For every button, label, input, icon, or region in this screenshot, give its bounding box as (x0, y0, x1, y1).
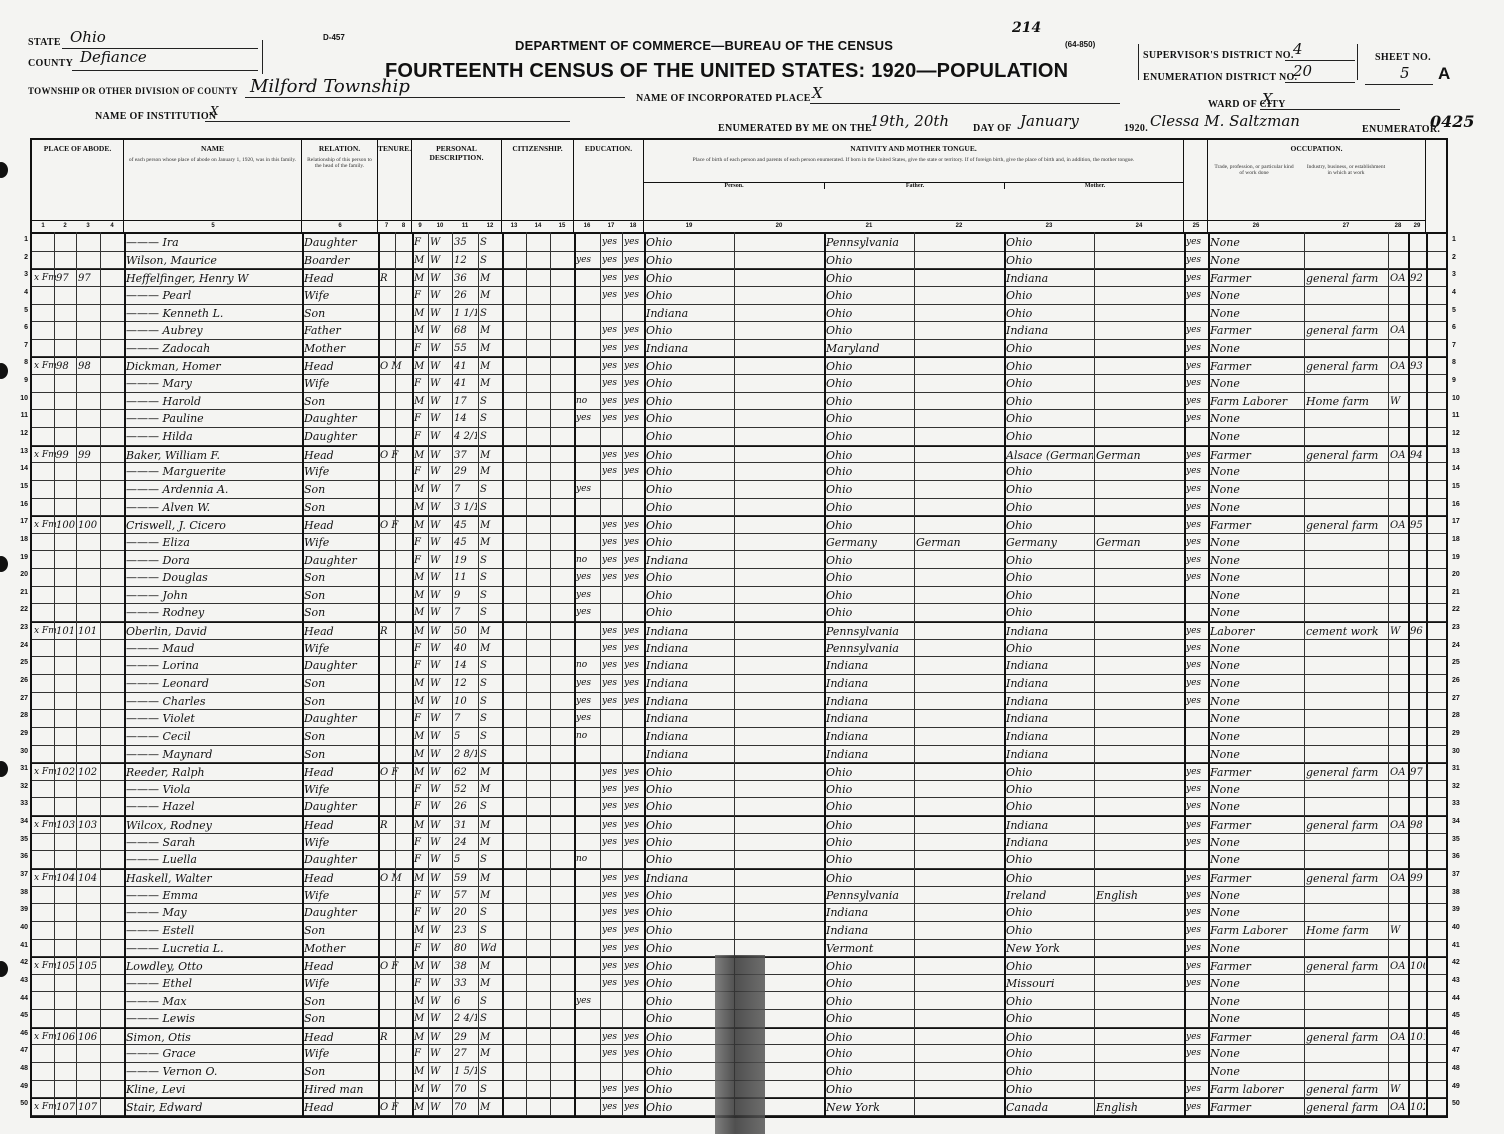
column-number: 15 (550, 220, 574, 232)
cell-birth: Ohio (646, 587, 733, 604)
cell-sex: M (414, 1010, 427, 1027)
cell-trade: None (1210, 587, 1303, 604)
cell-school: yes (576, 569, 599, 586)
cell-emp: OA (1390, 1099, 1407, 1115)
cell-relation: Head (304, 517, 377, 533)
enumerator-label: Enumerator. (1362, 124, 1440, 135)
cell-birth: Ohio (646, 534, 733, 551)
cell-age: 70 (454, 1081, 477, 1098)
table-row: 103103Wilcox, RodneyHeadRMW31MyesyesOhio… (32, 816, 1446, 834)
cell-marital: S (480, 922, 501, 939)
line-number-right: 43 (1452, 977, 1460, 984)
cell-mother-birth: Ohio (1006, 552, 1093, 569)
cell-sex: M (414, 623, 427, 639)
line-number-left: 10 (14, 395, 28, 402)
table-row: ——— CecilSonMW5SnoIndianaIndianaIndianaN… (32, 728, 1446, 746)
cell-birth: Indiana (646, 693, 733, 710)
cell-age: 62 (454, 764, 477, 780)
line-number-right: 4 (1452, 289, 1456, 296)
cell-read: yes (602, 447, 621, 463)
line-number-right: 35 (1452, 836, 1460, 843)
table-row: ——— MargueriteWifeFW29MyesyesOhioOhioOhi… (32, 463, 1446, 481)
table-row: ——— EmmaWifeFW57MyesyesOhioPennsylvaniaI… (32, 887, 1446, 905)
column-divider (412, 232, 414, 1116)
header-tenure: Tenure. (378, 140, 412, 232)
cell-father-birth: Ohio (826, 552, 913, 569)
cell-school: yes (576, 410, 599, 427)
cell-race: W (430, 728, 451, 745)
line-number-right: 9 (1452, 377, 1456, 384)
cell-birth: Indiana (646, 305, 733, 322)
cell-marital: S (480, 675, 501, 692)
cell-race: W (430, 887, 451, 904)
cell-race: W (430, 534, 451, 551)
line-number-left: 50 (14, 1100, 28, 1107)
cell-sex: M (414, 746, 427, 763)
cell-trade: None (1210, 463, 1303, 480)
cell-read: yes (602, 534, 621, 551)
cell-father-birth: Ohio (826, 798, 913, 815)
cell-name: ——— Pauline (126, 410, 301, 427)
cell-read: yes (602, 552, 621, 569)
cell-birth: Ohio (646, 447, 733, 463)
cell-write: yes (624, 904, 643, 921)
cell-mother-birth: Ohio (1006, 428, 1093, 445)
column-divider (1304, 232, 1305, 1116)
cell-english: yes (1186, 675, 1207, 692)
line-number-right: 1 (1452, 236, 1456, 243)
column-number: 14 (526, 220, 550, 232)
cell-write: yes (624, 764, 643, 780)
cell-race: W (430, 428, 451, 445)
cell-name: ——— Aubrey (126, 322, 301, 339)
cell-write: yes (624, 358, 643, 374)
column-divider (302, 232, 304, 1116)
line-number-right: 45 (1452, 1012, 1460, 1019)
column-divider (914, 232, 915, 1116)
cell-age: 20 (454, 904, 477, 921)
cell-race: W (430, 358, 451, 374)
cell-industry: general farm (1306, 447, 1387, 463)
cell-read: yes (602, 340, 621, 357)
cell-write: yes (624, 322, 643, 339)
line-number-right: 50 (1452, 1100, 1460, 1107)
table-row: ——— VioletDaughterFW7SyesIndianaIndianaI… (32, 710, 1446, 728)
line-number-right: 17 (1452, 518, 1460, 525)
column-number: 18 (622, 220, 644, 232)
cell-mother-birth: Indiana (1006, 675, 1093, 692)
cell-write: yes (624, 1045, 643, 1062)
line-number-left: 46 (14, 1030, 28, 1037)
cell-race: W (430, 834, 451, 851)
cell-relation: Son (304, 393, 377, 410)
cell-race: W (430, 1063, 451, 1080)
cell-school: yes (576, 710, 599, 727)
cell-emp: W (1390, 393, 1407, 410)
line-number-right: 19 (1452, 554, 1460, 561)
form-code-right: (64-850) (1065, 40, 1095, 49)
cell-mother-birth: Ohio (1006, 958, 1093, 974)
header-card-number (1426, 140, 1446, 232)
cell-mother-birth: Ireland (1006, 887, 1093, 904)
cell-school: yes (576, 993, 599, 1010)
table-row: ——— DoraDaughterFW19SnoyesyesIndianaOhio… (32, 552, 1446, 570)
cell-english: yes (1186, 1029, 1207, 1045)
line-number-right: 38 (1452, 889, 1460, 896)
cell-marital: M (480, 447, 501, 463)
cell-mother-birth: Missouri (1006, 975, 1093, 992)
cell-age: 31 (454, 817, 477, 833)
cell-birth: Ohio (646, 940, 733, 957)
table-row: ——— IraDaughterFW35SyesyesOhioPennsylvan… (32, 234, 1446, 252)
cell-card: 97 (1410, 764, 1425, 780)
cell-marital: M (480, 958, 501, 974)
cell-race: W (430, 640, 451, 657)
cell-mother-birth: Ohio (1006, 798, 1093, 815)
cell-read: yes (602, 270, 621, 286)
cell-marital: S (480, 904, 501, 921)
line-number-left: 23 (14, 624, 28, 631)
cell-write: yes (624, 657, 643, 674)
cell-sex: F (414, 975, 427, 992)
table-row: ——— SarahWifeFW24MyesyesOhioOhioIndianay… (32, 834, 1446, 852)
cell-father-birth: Indiana (826, 904, 913, 921)
line-number-right: 22 (1452, 606, 1460, 613)
cell-card: 92 (1410, 270, 1425, 286)
cell-mother-birth: Ohio (1006, 993, 1093, 1010)
cell-family: 97 (78, 270, 99, 286)
line-number-left: 21 (14, 589, 28, 596)
cell-industry: general farm (1306, 1029, 1387, 1045)
cell-race: W (430, 781, 451, 798)
punch-hole (0, 961, 8, 977)
incorporated-place-value: X (812, 84, 823, 102)
state-label: State (28, 37, 61, 48)
cell-father-birth: Ohio (826, 1081, 913, 1098)
cell-race: W (430, 764, 451, 780)
cell-mother-birth: Indiana (1006, 270, 1093, 286)
cell-race: W (430, 993, 451, 1010)
cell-english: yes (1186, 764, 1207, 780)
cell-marital: S (480, 252, 501, 269)
cell-sex: F (414, 428, 427, 445)
cell-family: 98 (78, 358, 99, 374)
cell-mother-birth: Ohio (1006, 410, 1093, 427)
column-divider (526, 232, 527, 1116)
cell-mother-tongue: German (1096, 534, 1183, 551)
header-nativity: Nativity and Mother Tongue. Place of bir… (644, 140, 1184, 232)
line-number-left: 47 (14, 1047, 28, 1054)
cell-english: yes (1186, 552, 1207, 569)
line-number-left: 35 (14, 836, 28, 843)
cell-race: W (430, 851, 451, 868)
table-row: ——— MaudWifeFW40MyesyesIndianaPennsylvan… (32, 640, 1446, 658)
cell-age: 59 (454, 870, 477, 886)
cell-father-birth: Indiana (826, 675, 913, 692)
cell-industry: general farm (1306, 270, 1387, 286)
line-number-right: 29 (1452, 730, 1460, 737)
line-number-right: 33 (1452, 800, 1460, 807)
cell-dwelling: 104 (56, 870, 75, 886)
cell-father-birth: Ohio (826, 322, 913, 339)
cell-birth: Ohio (646, 904, 733, 921)
cell-birth: Ohio (646, 764, 733, 780)
line-number-right: 32 (1452, 783, 1460, 790)
cell-race: W (430, 252, 451, 269)
cell-mother-birth: Ohio (1006, 393, 1093, 410)
incorporated-place-label: Name of incorporated place (636, 93, 811, 104)
column-divider (644, 232, 646, 1116)
cell-relation: Head (304, 270, 377, 286)
cell-english: yes (1186, 481, 1207, 498)
table-row: 104104Haskell, WalterHeadO MMW59MyesyesI… (32, 869, 1446, 887)
table-row: ——— DouglasSonMW11SyesyesyesOhioOhioOhio… (32, 569, 1446, 587)
cell-name: ——— Marguerite (126, 463, 301, 480)
cell-marital: M (480, 781, 501, 798)
cell-read: yes (602, 358, 621, 374)
cell-marital: S (480, 657, 501, 674)
column-number: 28 (1388, 220, 1408, 232)
cell-sex: M (414, 270, 427, 286)
cell-mother-birth: Ohio (1006, 870, 1093, 886)
cell-name: Simon, Otis (126, 1029, 301, 1045)
table-row: ——— ViolaWifeFW52MyesyesOhioOhioOhioyesN… (32, 781, 1446, 799)
table-row: Wilson, MauriceBoarderMW12SyesyesyesOhio… (32, 252, 1446, 270)
cell-birth: Ohio (646, 481, 733, 498)
cell-relation: Wife (304, 781, 377, 798)
cell-sex: M (414, 675, 427, 692)
line-number-right: 25 (1452, 659, 1460, 666)
cell-relation: Father (304, 322, 377, 339)
cell-sex: F (414, 1045, 427, 1062)
line-number-right: 23 (1452, 624, 1460, 631)
cell-trade: None (1210, 904, 1303, 921)
cell-sex: M (414, 764, 427, 780)
table-row: ——— MaryWifeFW41MyesyesOhioOhioOhioyesNo… (32, 375, 1446, 393)
cell-sex: F (414, 234, 427, 251)
cell-card: 102 (1410, 1099, 1425, 1115)
cell-marital: S (480, 499, 501, 516)
column-number: 1 (32, 220, 54, 232)
table-row: ——— MayDaughterFW20SyesyesOhioIndianaOhi… (32, 904, 1446, 922)
cell-relation: Son (304, 1063, 377, 1080)
line-number-right: 3 (1452, 271, 1456, 278)
cell-trade: None (1210, 410, 1303, 427)
line-number-left: 31 (14, 765, 28, 772)
cell-trade: Farm Laborer (1210, 393, 1303, 410)
cell-emp: OA (1390, 322, 1407, 339)
cell-english: yes (1186, 657, 1207, 674)
cell-dwelling: 102 (56, 764, 75, 780)
cell-race: W (430, 710, 451, 727)
cell-sex: F (414, 552, 427, 569)
cell-birth: Ohio (646, 287, 733, 304)
cell-age: 80 (454, 940, 477, 957)
column-divider (378, 232, 380, 1116)
cell-sex: F (414, 904, 427, 921)
cell-school: yes (576, 675, 599, 692)
cell-name: Oberlin, David (126, 623, 301, 639)
table-row: ——— HaroldSonMW17SnoyesyesOhioOhioOhioye… (32, 393, 1446, 411)
cell-race: W (430, 447, 451, 463)
cell-write: yes (624, 375, 643, 392)
line-number-right: 7 (1452, 342, 1456, 349)
cell-relation: Son (304, 481, 377, 498)
cell-mother-birth: Germany (1006, 534, 1093, 551)
enumerator-name: Clessa M. Saltzman (1150, 112, 1300, 130)
line-number-left: 28 (14, 712, 28, 719)
cell-name: ——— Mary (126, 375, 301, 392)
column-divider (824, 232, 826, 1116)
cell-english: yes (1186, 958, 1207, 974)
table-row: 9797Heffelfinger, Henry WHeadRMW36Myesye… (32, 269, 1446, 287)
cell-age: 52 (454, 781, 477, 798)
cell-trade: None (1210, 1045, 1303, 1062)
column-number: 19 (644, 220, 734, 232)
column-divider (1426, 232, 1428, 1116)
cell-read: yes (602, 870, 621, 886)
line-number-right: 24 (1452, 642, 1460, 649)
cell-write: yes (624, 922, 643, 939)
cell-english: yes (1186, 922, 1207, 939)
cell-mother-tongue: English (1096, 887, 1183, 904)
header-name: Nameof each person whose place of abode … (124, 140, 302, 232)
cell-trade: None (1210, 252, 1303, 269)
cell-age: 70 (454, 1099, 477, 1115)
cell-father-birth: Ohio (826, 1045, 913, 1062)
cell-marital: S (480, 305, 501, 322)
cell-read: yes (602, 904, 621, 921)
cell-trade: None (1210, 499, 1303, 516)
cell-name: ——— Luella (126, 851, 301, 868)
cell-read: yes (602, 675, 621, 692)
cell-age: 11 (454, 569, 477, 586)
cell-english: yes (1186, 1045, 1207, 1062)
header-occupation: Occupation. Trade, profession, or partic… (1208, 140, 1426, 232)
corner-note: 0425 (1430, 112, 1475, 131)
line-number-right: 8 (1452, 359, 1456, 366)
cell-marital: S (480, 410, 501, 427)
cell-write: yes (624, 569, 643, 586)
form-code: D-457 (323, 33, 345, 42)
cell-father-birth: Ohio (826, 817, 913, 833)
cell-read: yes (602, 234, 621, 251)
cell-race: W (430, 499, 451, 516)
column-number: 20 (734, 220, 824, 232)
cell-relation: Son (304, 569, 377, 586)
cell-read: yes (602, 887, 621, 904)
cell-sex: M (414, 1029, 427, 1045)
line-number-left: 33 (14, 800, 28, 807)
line-number-right: 16 (1452, 501, 1460, 508)
cell-english: yes (1186, 569, 1207, 586)
cell-write: yes (624, 640, 643, 657)
line-number-left: 25 (14, 659, 28, 666)
cell-trade: None (1210, 940, 1303, 957)
cell-name: Lowdley, Otto (126, 958, 301, 974)
cell-age: 35 (454, 234, 477, 251)
cell-trade: None (1210, 287, 1303, 304)
column-number: 10 (428, 220, 452, 232)
cell-race: W (430, 870, 451, 886)
cell-sex: F (414, 851, 427, 868)
cell-name: ——— Violet (126, 710, 301, 727)
line-number-left: 38 (14, 889, 28, 896)
cell-father-birth: Ohio (826, 252, 913, 269)
cell-dwelling: 98 (56, 358, 75, 374)
cell-marital: S (480, 393, 501, 410)
column-divider (622, 232, 623, 1116)
line-number-right: 26 (1452, 677, 1460, 684)
cell-english: yes (1186, 798, 1207, 815)
cell-name: ——— Emma (126, 887, 301, 904)
cell-name: ——— Zadocah (126, 340, 301, 357)
cell-age: 41 (454, 358, 477, 374)
cell-read: yes (602, 975, 621, 992)
cell-relation: Mother (304, 340, 377, 357)
column-number: 9 (412, 220, 428, 232)
line-number-left: 7 (14, 342, 28, 349)
cell-marital: S (480, 552, 501, 569)
cell-mother-birth: Ohio (1006, 358, 1093, 374)
cell-age: 17 (454, 393, 477, 410)
cell-family: 101 (78, 623, 99, 639)
cell-relation: Son (304, 746, 377, 763)
line-number-left: 43 (14, 977, 28, 984)
cell-marital: S (480, 1081, 501, 1098)
cell-father-birth: Pennsylvania (826, 623, 913, 639)
line-number-right: 15 (1452, 483, 1460, 490)
cell-dwelling: 97 (56, 270, 75, 286)
column-number: 3 (76, 220, 100, 232)
cell-father-birth: Indiana (826, 710, 913, 727)
cell-race: W (430, 340, 451, 357)
cell-mother-birth: Ohio (1006, 499, 1093, 516)
line-number-left: 2 (14, 254, 28, 261)
cell-write: yes (624, 940, 643, 957)
cell-name: ——— Max (126, 993, 301, 1010)
column-number: 21 (824, 220, 914, 232)
cell-english: yes (1186, 358, 1207, 374)
line-number-left: 16 (14, 501, 28, 508)
cell-age: 45 (454, 534, 477, 551)
cell-read: yes (602, 657, 621, 674)
cell-birth: Ohio (646, 517, 733, 533)
line-number-left: 14 (14, 465, 28, 472)
cell-english: yes (1186, 975, 1207, 992)
cell-sex: M (414, 1081, 427, 1098)
cell-marital: M (480, 287, 501, 304)
line-number-left: 1 (14, 236, 28, 243)
cell-read: yes (602, 1081, 621, 1098)
table-row: ——— LuellaDaughterFW5SnoOhioOhioOhioNone (32, 851, 1446, 869)
cell-family: 99 (78, 447, 99, 463)
cell-write: yes (624, 270, 643, 286)
cell-sex: F (414, 834, 427, 851)
cell-dwelling: 101 (56, 623, 75, 639)
cell-english: yes (1186, 640, 1207, 657)
cell-father-birth: Indiana (826, 728, 913, 745)
cell-mother-birth: Ohio (1006, 252, 1093, 269)
cell-english: yes (1186, 340, 1207, 357)
cell-write: yes (624, 463, 643, 480)
cell-father-birth: Ohio (826, 463, 913, 480)
table-row: 9898Dickman, HomerHeadO MMW41MyesyesOhio… (32, 357, 1446, 375)
cell-name: ——— Eliza (126, 534, 301, 551)
cell-marital: M (480, 870, 501, 886)
cell-relation: Daughter (304, 710, 377, 727)
county-value: Defiance (80, 48, 147, 66)
